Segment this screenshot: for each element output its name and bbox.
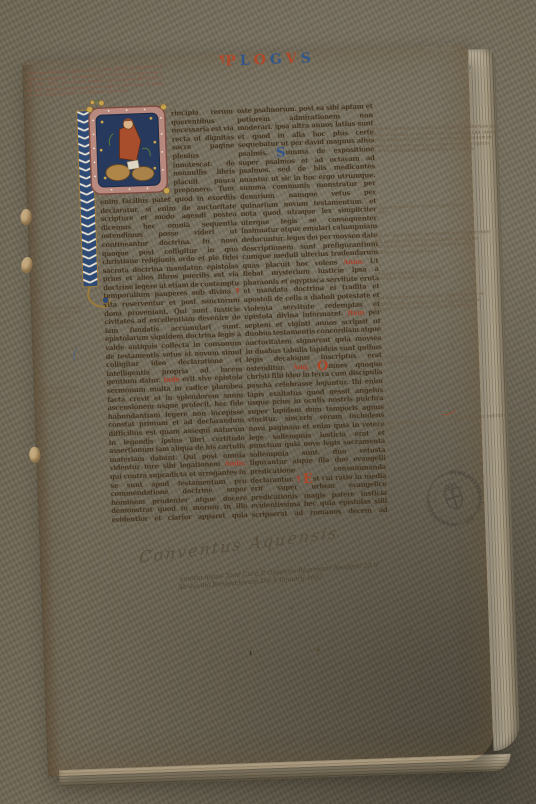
pencil-shelfmark: ms 22. [424, 42, 455, 55]
foxing-speck [451, 345, 453, 347]
quire-signature: 1 [249, 651, 253, 657]
marginal-note-right-1: Scribit hic qd beatus Ieronimus transtul… [368, 124, 499, 155]
marginal-note-above-column1: iudith ita clemen [140, 101, 176, 107]
initial-wrap-spacer [97, 110, 174, 195]
marginal-note-left-2: hic dicit quod epistolepauli leguntur in… [35, 384, 106, 416]
foxing-speck [291, 607, 293, 609]
marginal-note-left-1: Nota quod iste prologuslegitur ante psal… [34, 304, 101, 331]
running-title-letters: ¶PLOGVS [219, 50, 315, 70]
running-title: ¶PLOGVS [219, 50, 315, 70]
text-column-1: rincipia rerum querentibus necessaria es… [97, 107, 248, 526]
text-column-2: oste psalmorum. post ea sibi aptam et po… [237, 102, 388, 521]
marginal-note-right-line: que expositio est a prima pagina huius l… [378, 202, 474, 216]
foxing-speck [410, 629, 412, 631]
folio-number: 2 [465, 64, 472, 75]
manuscript-book: ¶PLOGVS ms 22. 2 [23, 44, 523, 791]
foxing-speck [317, 648, 320, 651]
marginal-note-intercolumn: notade ps [359, 196, 379, 206]
binding-gutter-shadow [22, 64, 62, 776]
pen-flourish-blue [72, 346, 83, 362]
manuscript-leaf: ¶PLOGVS ms 22. 2 [23, 45, 495, 777]
marginal-note-top-left: Istud psalterium exposuit dns P. cum glo… [27, 65, 164, 100]
column-2-text: oste psalmorum. post ea sibi aptam et po… [237, 102, 388, 521]
photo-background: { "meta": { "shelfmark_pencil": "ms 22."… [0, 0, 536, 804]
